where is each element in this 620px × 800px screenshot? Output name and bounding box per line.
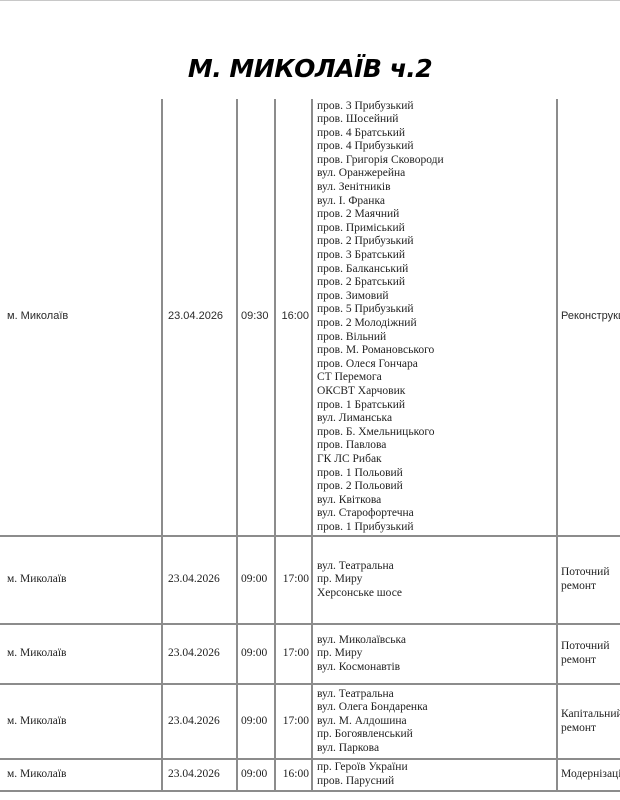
street-item: пров. 2 Прибузький — [317, 235, 553, 249]
end-time-cell: 16:00 — [275, 759, 312, 791]
work-type-cell: Поточний ремонт — [557, 624, 620, 684]
street-item: пров. 1 Братський — [317, 399, 553, 413]
outage-schedule-table: м. Миколаїв 23.04.2026 09:30 16:00 пров.… — [0, 99, 620, 792]
page-title: М. МИКОЛАЇВ ч.2 — [0, 54, 620, 83]
street-item: вул. Оранжерейна — [317, 167, 553, 181]
streets-cell: вул. Миколаївськапр. Мирувул. Космонавті… — [312, 624, 557, 684]
street-item: пр. Миру — [317, 647, 553, 661]
street-item: вул. Старофортечна — [317, 507, 553, 521]
street-item: пр. Героїв України — [317, 761, 553, 775]
table-row: м. Миколаїв 23.04.2026 09:30 16:00 пров.… — [0, 99, 620, 536]
street-item: пров. Олеся Гончара — [317, 358, 553, 372]
date-cell: 23.04.2026 — [162, 759, 237, 791]
street-item: пров. Зимовий — [317, 290, 553, 304]
street-item: пр. Миру — [317, 573, 553, 587]
street-item: вул. Лиманська — [317, 412, 553, 426]
street-item: пров. 3 Братський — [317, 249, 553, 263]
street-item: вул. М. Алдошина — [317, 715, 553, 729]
street-item: вул. І. Франка — [317, 195, 553, 209]
work-type-cell: Капітальний ремонт — [557, 684, 620, 759]
street-item: ОКСВТ Харчовик — [317, 385, 553, 399]
table-row: м. Миколаїв 23.04.2026 09:00 17:00 вул. … — [0, 624, 620, 684]
end-time-cell: 16:00 — [275, 99, 312, 536]
street-item: пров. 2 Польовий — [317, 480, 553, 494]
streets-cell: вул. Театральнавул. Олега Бондаренкавул.… — [312, 684, 557, 759]
street-item: пров. 5 Прибузький — [317, 303, 553, 317]
street-item: пров. 3 Прибузький — [317, 100, 553, 114]
start-time-cell: 09:30 — [237, 99, 275, 536]
street-item: пров. Павлова — [317, 439, 553, 453]
top-divider — [0, 0, 620, 1]
street-item: пров. 4 Братський — [317, 127, 553, 141]
street-item: пров. Вільний — [317, 331, 553, 345]
street-item: пров. М. Романовського — [317, 344, 553, 358]
city-cell: м. Миколаїв — [0, 99, 162, 536]
date-cell: 23.04.2026 — [162, 536, 237, 624]
street-item: пров. Б. Хмельницького — [317, 426, 553, 440]
street-item: вул. Театральна — [317, 560, 553, 574]
street-item: ГК ЛС Рибак — [317, 453, 553, 467]
street-item: пр. Богоявленський — [317, 728, 553, 742]
date-cell: 23.04.2026 — [162, 684, 237, 759]
city-cell: м. Миколаїв — [0, 684, 162, 759]
street-item: пров. 2 Молодіжний — [317, 317, 553, 331]
start-time-cell: 09:00 — [237, 759, 275, 791]
end-time-cell: 17:00 — [275, 624, 312, 684]
start-time-cell: 09:00 — [237, 624, 275, 684]
work-type-cell: Модернізація — [557, 759, 620, 791]
street-item: пров. Григорія Сковороди — [317, 154, 553, 168]
street-item: Херсонське шосе — [317, 587, 553, 601]
street-item: вул. Космонавтів — [317, 661, 553, 675]
street-item: СТ Перемога — [317, 371, 553, 385]
start-time-cell: 09:00 — [237, 684, 275, 759]
date-cell: 23.04.2026 — [162, 624, 237, 684]
streets-cell: пров. 3 Прибузькийпров. Шосейнийпров. 4 … — [312, 99, 557, 536]
work-type-cell: Реконструкція — [557, 99, 620, 536]
start-time-cell: 09:00 — [237, 536, 275, 624]
street-item: пров. 1 Прибузький — [317, 521, 553, 535]
street-item: вул. Театральна — [317, 688, 553, 702]
street-item: пров. Балканський — [317, 263, 553, 277]
street-item: пров. 2 Братський — [317, 276, 553, 290]
street-item: пров. 1 Польовий — [317, 467, 553, 481]
table-row: м. Миколаїв 23.04.2026 09:00 16:00 пр. Г… — [0, 759, 620, 791]
street-item: вул. Зенітників — [317, 181, 553, 195]
work-type-cell: Поточний ремонт — [557, 536, 620, 624]
city-cell: м. Миколаїв — [0, 759, 162, 791]
end-time-cell: 17:00 — [275, 536, 312, 624]
table-row: м. Миколаїв 23.04.2026 09:00 17:00 вул. … — [0, 684, 620, 759]
street-item: пров. Парусний — [317, 775, 553, 789]
streets-cell: пр. Героїв Українипров. Парусний — [312, 759, 557, 791]
end-time-cell: 17:00 — [275, 684, 312, 759]
street-item: вул. Паркова — [317, 742, 553, 756]
date-cell: 23.04.2026 — [162, 99, 237, 536]
street-item: пров. 2 Маячний — [317, 208, 553, 222]
street-item: пров. 4 Прибузький — [317, 140, 553, 154]
street-item: пров. Шосейний — [317, 113, 553, 127]
table-row: м. Миколаїв 23.04.2026 09:00 17:00 вул. … — [0, 536, 620, 624]
street-item: вул. Олега Бондаренка — [317, 701, 553, 715]
city-cell: м. Миколаїв — [0, 624, 162, 684]
streets-cell: вул. Театральнапр. МируХерсонське шосе — [312, 536, 557, 624]
street-item: пров. Приміський — [317, 222, 553, 236]
city-cell: м. Миколаїв — [0, 536, 162, 624]
street-item: вул. Квіткова — [317, 494, 553, 508]
street-item: вул. Миколаївська — [317, 634, 553, 648]
